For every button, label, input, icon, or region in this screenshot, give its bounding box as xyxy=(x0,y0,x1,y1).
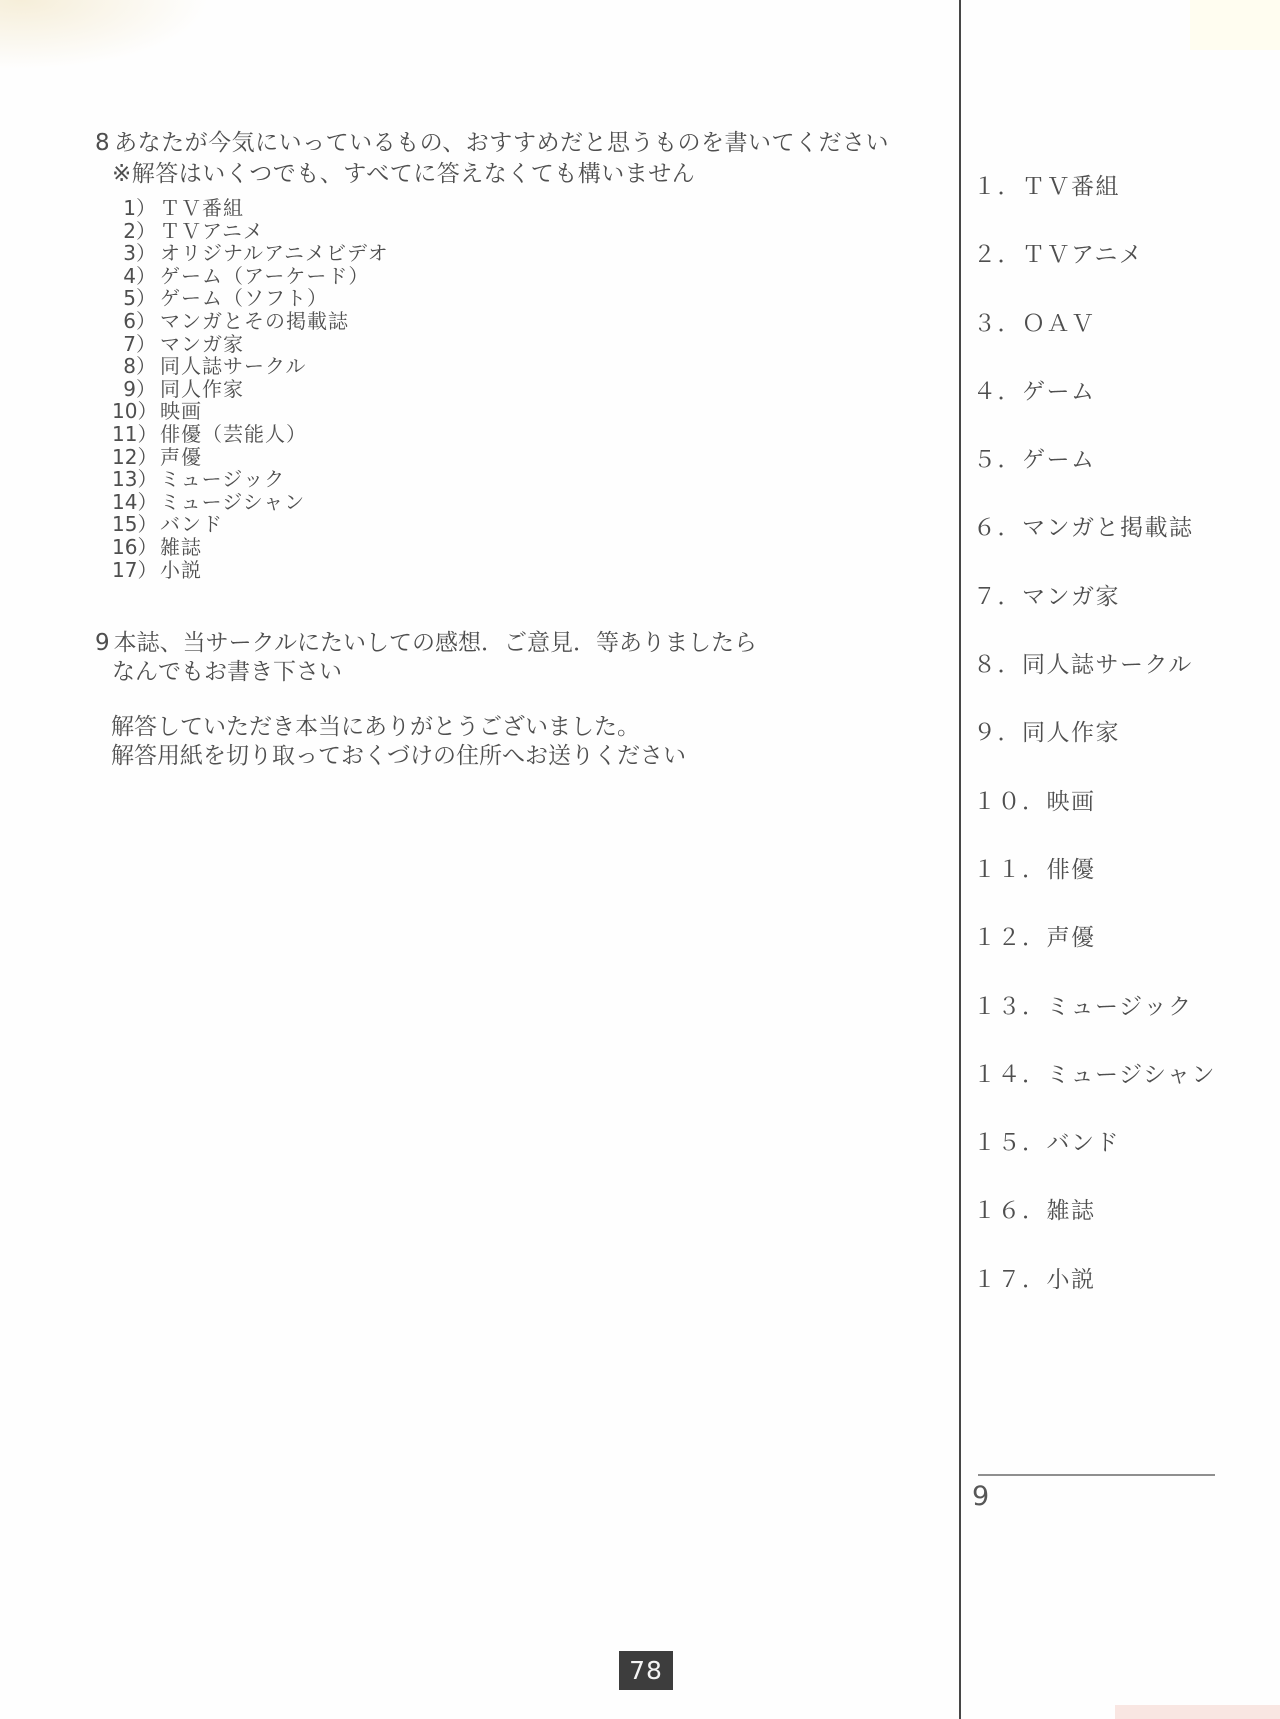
item-label: 雑誌 xyxy=(160,535,202,559)
answer-key-item: １２．声優 xyxy=(973,927,1216,950)
item-number: 16） xyxy=(112,536,156,559)
closing-thanks-line: 解答していただき本当にありがとうございました。 xyxy=(111,712,640,742)
answer-key-item: １６．雑誌 xyxy=(973,1200,1216,1223)
answer-key-item: ２．ＴＶアニメ xyxy=(973,244,1216,267)
item-label: 小説 xyxy=(160,558,202,582)
list-item: 3）オリジナルアニメビデオ xyxy=(112,242,389,265)
question8-title: あなたが今気にいっているもの、おすすめだと思うものを書いてください xyxy=(114,130,889,156)
answer-key-item: ４．ゲーム xyxy=(973,381,1216,404)
list-item: 12）声優 xyxy=(112,446,389,469)
list-item: 4）ゲーム（アーケード） xyxy=(112,265,389,288)
answer-key-item: １５．バンド xyxy=(973,1132,1216,1155)
question9-line2: なんでもお書き下さい xyxy=(112,657,342,687)
answer-key-item: １１．俳優 xyxy=(973,859,1216,882)
item-number: 17） xyxy=(112,559,156,582)
item-label: オリジナルアニメビデオ xyxy=(160,241,389,265)
answer-key-item: ９．同人作家 xyxy=(973,722,1216,745)
item-label: 同人作家 xyxy=(160,377,244,401)
question8-heading: 8あなたが今気にいっているもの、おすすめだと思うものを書いてください xyxy=(95,128,889,158)
list-item: 17）小説 xyxy=(112,559,389,582)
answer-column-rule xyxy=(978,1474,1215,1476)
answer-key-item: １７．小説 xyxy=(973,1269,1216,1292)
item-number: 14） xyxy=(112,491,156,514)
list-item: 13）ミュージック xyxy=(112,468,389,491)
answer-key-column: １．ＴＶ番組 ２．ＴＶアニメ ３．ＯＡＶ ４．ゲーム ５．ゲーム ６．マンガと掲… xyxy=(973,176,1216,1337)
answer-key-item: １３．ミュージック xyxy=(973,996,1216,1019)
list-item: 15）バンド xyxy=(112,513,389,536)
list-item: 5）ゲーム（ソフト） xyxy=(112,287,389,310)
answer-column-footer-number: 9 xyxy=(972,1481,989,1512)
item-label: ミュージシャン xyxy=(160,490,305,514)
answer-key-item: ５．ゲーム xyxy=(973,449,1216,472)
scan-tint-top-left xyxy=(0,0,210,70)
answer-key-item: ６．マンガと掲載誌 xyxy=(973,517,1216,540)
item-label: 映画 xyxy=(160,399,202,423)
closing-instruction-line: 解答用紙を切り取っておくづけの住所へお送りください xyxy=(111,741,686,771)
item-label: 声優 xyxy=(160,445,202,469)
answer-key-item: １０．映画 xyxy=(973,791,1216,814)
scan-tint-top-right xyxy=(1190,0,1280,50)
item-number: 6） xyxy=(112,310,156,333)
list-item: 14）ミュージシャン xyxy=(112,491,389,514)
question8-note: ※解答はいくつでも、すべてに答えなくても構いません xyxy=(112,159,695,189)
list-item: 2）ＴＶアニメ xyxy=(112,220,389,243)
item-label: バンド xyxy=(160,512,223,536)
list-item: 16）雑誌 xyxy=(112,536,389,559)
list-item: 9）同人作家 xyxy=(112,378,389,401)
list-item: 6）マンガとその掲載誌 xyxy=(112,310,389,333)
question8-number: 8 xyxy=(95,130,110,156)
item-label: ＴＶアニメ xyxy=(160,219,264,243)
scan-tint-bottom-right xyxy=(1115,1705,1280,1719)
item-label: ＴＶ番組 xyxy=(160,196,244,220)
item-number: 9） xyxy=(112,378,156,401)
answer-key-item: ８．同人誌サークル xyxy=(973,654,1216,677)
answer-key-item: ３．ＯＡＶ xyxy=(973,313,1216,336)
column-divider-line xyxy=(959,0,961,1719)
item-number: 13） xyxy=(112,468,156,491)
question9-heading: 9本誌、当サークルにたいしての感想．ご意見．等ありましたら xyxy=(95,628,757,658)
question9-number: 9 xyxy=(95,630,110,656)
page-number-badge: 78 xyxy=(619,1651,673,1690)
item-label: マンガとその掲載誌 xyxy=(160,309,349,333)
item-label: ゲーム（ソフト） xyxy=(160,286,328,310)
question8-option-list: 1）ＴＶ番組 2）ＴＶアニメ 3）オリジナルアニメビデオ 4）ゲーム（アーケード… xyxy=(112,197,389,581)
item-label: マンガ家 xyxy=(160,332,244,356)
item-number: 7） xyxy=(112,333,156,356)
item-number: 12） xyxy=(112,446,156,469)
answer-key-item: １４．ミュージシャン xyxy=(973,1064,1216,1087)
list-item: 1）ＴＶ番組 xyxy=(112,197,389,220)
answer-key-item: ７．マンガ家 xyxy=(973,586,1216,609)
item-number: 5） xyxy=(112,287,156,310)
list-item: 8）同人誌サークル xyxy=(112,355,389,378)
list-item: 10）映画 xyxy=(112,400,389,423)
item-label: 同人誌サークル xyxy=(160,354,306,378)
item-number: 10） xyxy=(112,400,156,423)
answer-key-item: １．ＴＶ番組 xyxy=(973,176,1216,199)
item-label: ゲーム（アーケード） xyxy=(160,264,369,288)
item-number: 3） xyxy=(112,242,156,265)
list-item: 7）マンガ家 xyxy=(112,333,389,356)
item-number: 8） xyxy=(112,355,156,378)
item-number: 15） xyxy=(112,513,156,536)
item-label: 俳優（芸能人） xyxy=(160,422,307,446)
item-number: 1） xyxy=(112,197,156,220)
question9-line1: 本誌、当サークルにたいしての感想．ご意見．等ありましたら xyxy=(114,630,757,656)
list-item: 11）俳優（芸能人） xyxy=(112,423,389,446)
item-number: 4） xyxy=(112,265,156,288)
item-number: 11） xyxy=(112,423,156,446)
scanned-survey-page: { "survey": { "q8": { "number": "8", "ti… xyxy=(0,0,1280,1719)
item-label: ミュージック xyxy=(160,467,285,491)
item-number: 2） xyxy=(112,220,156,243)
